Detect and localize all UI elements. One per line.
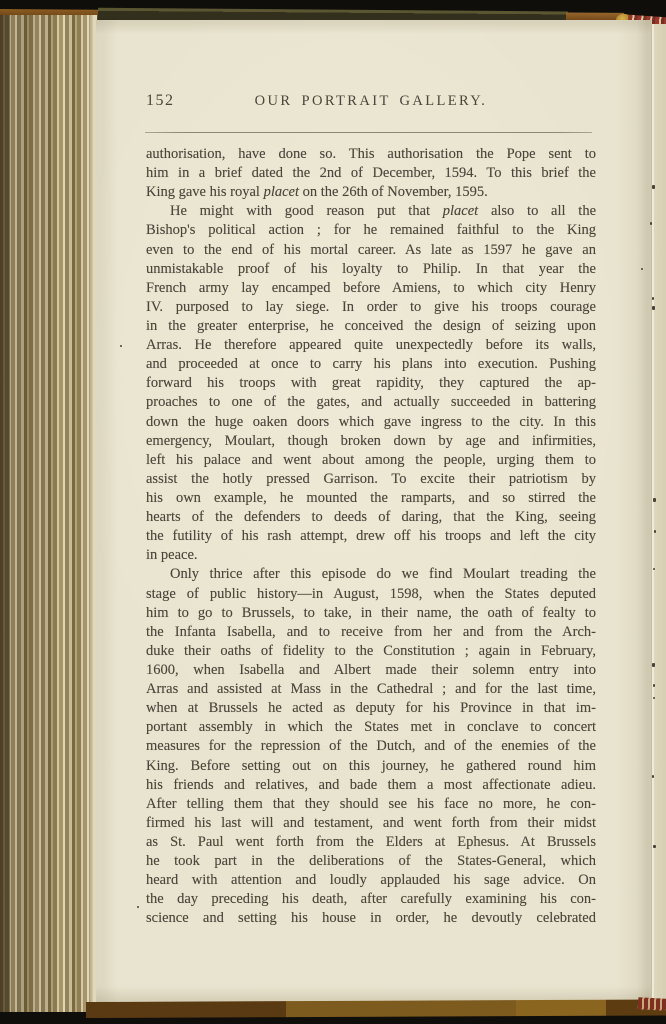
text-line: Only thrice after this episode do we fin…: [146, 565, 596, 584]
ink-speck: [653, 498, 656, 502]
text-run: firmed his last will and testament, and …: [146, 815, 596, 831]
ink-speck: [653, 845, 656, 848]
text-line: Bishop's political action ; for he remai…: [146, 221, 596, 240]
text-line: proaches to one of the gates, and actual…: [146, 393, 596, 412]
text-line: He might with good reason put that place…: [146, 202, 596, 221]
ink-speck: [652, 663, 655, 667]
text-run: he took part in the deliberations of the…: [146, 853, 596, 869]
text-run: the Infanta Isabella, and to receive fro…: [146, 624, 596, 640]
header-rule: [145, 132, 592, 133]
text-run: the day preceding his death, after caref…: [146, 891, 596, 907]
book-page: 152 OUR PORTRAIT GALLERY. authorisation,…: [96, 20, 651, 1004]
running-title: OUR PORTRAIT GALLERY.: [146, 93, 596, 110]
text-line: measures for the repression of the Dutch…: [146, 737, 596, 756]
text-line: 1600, when Isabella and Albert made thei…: [146, 661, 596, 680]
text-line: the futility of his rash attempt, drew o…: [146, 527, 596, 546]
text-line: assist the hotly pressed Garrison. To ex…: [146, 470, 596, 489]
text-line: IV. purposed to lay siege. In order to g…: [146, 298, 596, 317]
ink-speck: [653, 568, 655, 570]
text-line: in peace.: [146, 546, 596, 565]
text-run: hearts of the defenders to deeds of dari…: [146, 509, 596, 525]
text-line: science and setting his house in order, …: [146, 909, 596, 928]
next-page-edge-right: [651, 24, 666, 1002]
text-run: down the huge oaken doors which gave ing…: [146, 414, 596, 430]
text-line: Arras. He therefore appeared quite unexp…: [146, 336, 596, 355]
text-run: proaches to one of the gates, and actual…: [146, 394, 596, 410]
text-run: emergency, Moulart, though broken down b…: [146, 433, 596, 449]
text-line: authorisation, have done so. This author…: [146, 145, 596, 164]
text-line: duke their oaths of fidelity to the Cons…: [146, 642, 596, 661]
ink-speck: [654, 530, 656, 533]
text-run: forward his troops with great rapidity, …: [146, 375, 596, 391]
text-line: unmistakable proof of his loyalty to Phi…: [146, 260, 596, 279]
text-run: as St. Paul went forth from the Elders a…: [146, 834, 596, 850]
text-line: and proceeded at once to carry his plans…: [146, 355, 596, 374]
page-body-text: authorisation, have done so. This author…: [146, 145, 596, 928]
text-run: assist the hotly pressed Garrison. To ex…: [146, 471, 596, 487]
text-run: duke their oaths of fidelity to the Cons…: [146, 643, 596, 659]
text-run: IV. purposed to lay siege. In order to g…: [146, 299, 596, 315]
text-line: heard with attention and loudly applaude…: [146, 871, 596, 890]
text-line: portant assembly in which the States met…: [146, 718, 596, 737]
book-photograph: 152 OUR PORTRAIT GALLERY. authorisation,…: [0, 0, 666, 1024]
text-line: forward his troops with great rapidity, …: [146, 374, 596, 393]
text-line: King gave his royal placet on the 26th o…: [146, 183, 596, 202]
text-run: French army lay encamped before Amiens, …: [146, 280, 596, 296]
text-run: left his palace and went about among the…: [146, 452, 596, 468]
ink-speck: [652, 775, 654, 778]
text-run: After telling them that they should see …: [146, 796, 596, 812]
headband-bottom: [638, 997, 666, 1010]
text-line: his friends and relatives, and bade them…: [146, 776, 596, 795]
text-run: King gave his royal: [146, 184, 264, 200]
text-run: 1600, when Isabella and Albert made thei…: [146, 662, 596, 678]
text-line: him to go to Brussels, to take, in their…: [146, 604, 596, 623]
text-line: stage of public history—in August, 1598,…: [146, 585, 596, 604]
ink-speck: [137, 906, 139, 908]
text-run: his friends and relatives, and bade them…: [146, 777, 596, 793]
text-run: Bishop's political action ; for he remai…: [146, 222, 596, 238]
text-run: his own example, he mounted the ramparts…: [146, 490, 596, 506]
text-run: portant assembly in which the States met…: [146, 719, 596, 735]
text-line: he took part in the deliberations of the…: [146, 852, 596, 871]
text-run: authorisation, have done so. This author…: [146, 146, 596, 162]
text-run: King. Before setting out on this journey…: [146, 758, 596, 774]
text-line: French army lay encamped before Amiens, …: [146, 279, 596, 298]
text-line: King. Before setting out on this journey…: [146, 757, 596, 776]
text-line: emergency, Moulart, though broken down b…: [146, 432, 596, 451]
text-run: measures for the repression of the Dutch…: [146, 738, 596, 754]
text-line: when at Brussels he acted as deputy for …: [146, 699, 596, 718]
italic-word: placet: [443, 203, 478, 219]
book-cover-edge-bottom: [86, 999, 666, 1018]
text-run: on the 26th of November, 1595.: [299, 184, 488, 200]
text-run: Arras and assisted at Mass in the Cathed…: [146, 681, 596, 697]
text-run: Arras. He therefore appeared quite unexp…: [146, 337, 596, 353]
ink-speck: [652, 185, 655, 189]
text-line: firmed his last will and testament, and …: [146, 814, 596, 833]
text-run: unmistakable proof of his loyalty to Phi…: [146, 261, 596, 277]
ink-speck: [650, 222, 652, 225]
text-run: Only thrice after this episode do we fin…: [170, 566, 596, 582]
text-line: in the greater enterprise, he conceived …: [146, 317, 596, 336]
text-run: in the greater enterprise, he conceived …: [146, 318, 596, 334]
text-line: even to the end of his mortal career. As…: [146, 241, 596, 260]
ink-speck: [653, 684, 655, 687]
text-line: as St. Paul went forth from the Elders a…: [146, 833, 596, 852]
ink-speck: [652, 297, 654, 300]
text-line: After telling them that they should see …: [146, 795, 596, 814]
italic-word: placet: [264, 184, 299, 200]
text-line: hearts of the defenders to deeds of dari…: [146, 508, 596, 527]
ink-speck: [652, 306, 655, 310]
ink-speck: [641, 268, 643, 270]
text-run: him in a brief dated the 2nd of December…: [146, 165, 596, 181]
text-run: also to all the: [478, 203, 596, 219]
text-run: him to go to Brussels, to take, in their…: [146, 605, 596, 621]
text-run: and proceeded at once to carry his plans…: [146, 356, 596, 372]
text-run: stage of public history—in August, 1598,…: [146, 586, 596, 602]
text-run: the futility of his rash attempt, drew o…: [146, 528, 596, 544]
ink-speck: [653, 697, 655, 699]
text-run: He might with good reason put that: [170, 203, 443, 219]
text-line: left his palace and went about among the…: [146, 451, 596, 470]
text-run: in peace.: [146, 547, 198, 563]
text-line: down the huge oaken doors which gave ing…: [146, 413, 596, 432]
text-run: science and setting his house in order, …: [146, 910, 596, 926]
ink-speck: [120, 345, 122, 347]
page-edge-stack-left: [0, 15, 97, 1012]
text-run: even to the end of his mortal career. As…: [146, 242, 596, 258]
text-line: him in a brief dated the 2nd of December…: [146, 164, 596, 183]
text-line: his own example, he mounted the ramparts…: [146, 489, 596, 508]
text-line: Arras and assisted at Mass in the Cathed…: [146, 680, 596, 699]
text-run: heard with attention and loudly applaude…: [146, 872, 596, 888]
text-run: when at Brussels he acted as deputy for …: [146, 700, 596, 716]
text-line: the Infanta Isabella, and to receive fro…: [146, 623, 596, 642]
text-line: the day preceding his death, after caref…: [146, 890, 596, 909]
page-header: 152 OUR PORTRAIT GALLERY.: [146, 92, 596, 114]
